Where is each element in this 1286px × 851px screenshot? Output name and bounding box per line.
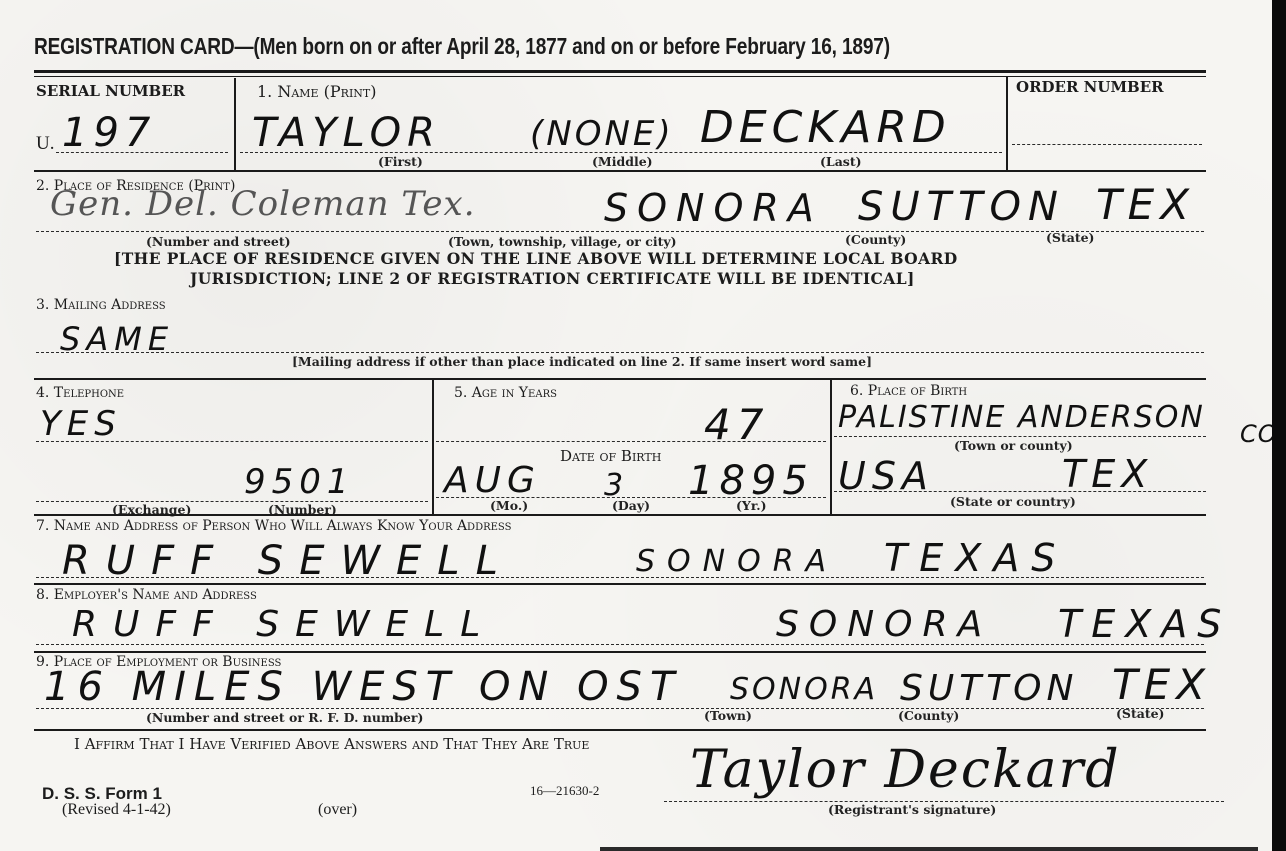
contact-label: 7. Name and Address of Person Who Will A… [36, 518, 511, 534]
birthplace-state-line [834, 491, 1206, 492]
age-label: 5. Age in Years [454, 385, 557, 401]
residence-street-caption: (Number and street) [146, 234, 291, 249]
residence-line [36, 231, 1204, 232]
last-caption: (Last) [820, 154, 862, 169]
row4-bottom-rule [34, 514, 1206, 516]
card-title: REGISTRATION CARD—(Men born on or after … [34, 33, 890, 60]
print-code: 16—21630-2 [530, 783, 599, 799]
middle-name-value[interactable]: (NONE) [530, 114, 674, 154]
employment-state-value[interactable]: TEX [1112, 660, 1211, 709]
serial-number-label: SERIAL NUMBER [36, 82, 185, 100]
first-caption: (First) [378, 154, 423, 169]
employment-town-caption: (Town) [704, 708, 752, 723]
contact-town-value[interactable]: SONORA [636, 544, 838, 579]
row8-bottom-rule [34, 651, 1206, 653]
day-caption: (Day) [612, 498, 650, 513]
order-number-label: ORDER NUMBER [1016, 78, 1164, 96]
residence-state-value[interactable]: TEX [1096, 180, 1195, 229]
signature-caption: (Registrant's signature) [828, 802, 996, 817]
employment-county-value[interactable]: SUTTON [900, 668, 1078, 709]
birth-month-value[interactable]: AUG [444, 460, 541, 501]
row9-bottom-rule [34, 729, 1206, 731]
residence-county-caption: (County) [845, 232, 906, 247]
row3-bottom-rule [34, 378, 1206, 380]
employer-label: 8. Employer's Name and Address [36, 587, 257, 603]
telephone-number-line [36, 501, 428, 502]
mailing-address-label: 3. Mailing Address [36, 297, 166, 313]
mailing-line [36, 352, 1204, 353]
employment-street-caption: (Number and street or R. F. D. number) [146, 710, 423, 725]
birthplace-label: 6. Place of Birth [850, 383, 967, 399]
name-label: 1. Name (Print) [257, 82, 377, 101]
row7-bottom-rule [34, 583, 1206, 585]
birthplace-town-caption: (Town or county) [954, 438, 1073, 453]
row1-bottom-rule [34, 170, 1206, 172]
scan-right-edge [1272, 0, 1286, 851]
year-caption: (Yr.) [736, 498, 767, 513]
residence-notice-line1: [THE PLACE OF RESIDENCE GIVEN ON THE LIN… [114, 249, 958, 268]
employment-county-caption: (County) [898, 708, 959, 723]
affirmation-text: I Affirm That I Have Verified Above Answ… [74, 735, 589, 753]
mailing-caption: [Mailing address if other than place ind… [292, 354, 872, 369]
age-line [436, 441, 826, 442]
age-divider [830, 380, 832, 516]
date-of-birth-label: Date of Birth [560, 447, 661, 465]
registrant-signature[interactable]: Taylor Deckard [690, 740, 1121, 800]
contact-state-value[interactable]: TEXAS [884, 536, 1067, 580]
contact-line [36, 577, 1204, 578]
employer-name-value[interactable]: RUFF SEWELL [72, 604, 496, 645]
first-name-value[interactable]: TAYLOR [252, 110, 441, 156]
birthplace-town-line [834, 436, 1206, 437]
telephone-label: 4. Telephone [36, 385, 124, 401]
form-revised: (Revised 4-1-42) [62, 801, 171, 819]
telephone-number-value[interactable]: 9501 [244, 462, 355, 502]
residence-town-value[interactable]: SONORA [604, 186, 823, 230]
over-note: (over) [318, 801, 357, 819]
last-name-value[interactable]: DECKARD [700, 102, 951, 153]
birthplace-town-value[interactable]: PALISTINE ANDERSON [838, 400, 1205, 435]
employment-town-value[interactable]: SONORA [730, 672, 878, 707]
birthplace-state-value[interactable]: TEX [1062, 452, 1153, 496]
residence-notice-line2: JURISDICTION; LINE 2 OF REGISTRATION CER… [190, 269, 915, 288]
top-rule-inner [34, 76, 1206, 77]
serial-number-value[interactable]: 197 [62, 110, 156, 156]
employment-street-value[interactable]: 16 MILES WEST ON OST [44, 664, 682, 710]
order-line [1012, 144, 1202, 145]
order-divider [1006, 76, 1008, 170]
residence-county-value[interactable]: SUTTON [858, 184, 1065, 230]
serial-divider [234, 78, 236, 170]
employment-state-caption: (State) [1116, 706, 1164, 721]
registration-card: REGISTRATION CARD—(Men born on or after … [0, 0, 1272, 851]
telephone-divider [432, 380, 434, 516]
birthplace-state-caption: (State or country) [950, 494, 1076, 509]
serial-line [56, 152, 228, 153]
employer-town-value[interactable]: SONORA [776, 604, 992, 645]
top-rule [34, 70, 1206, 73]
telephone-line [36, 441, 428, 442]
employer-line [36, 644, 1204, 645]
residence-town-caption: (Town, township, village, or city) [448, 234, 677, 249]
middle-caption: (Middle) [592, 154, 653, 169]
residence-street-value[interactable]: Gen. Del. Coleman Tex. [50, 184, 476, 224]
serial-prefix: U. [36, 133, 54, 155]
month-caption: (Mo.) [490, 498, 528, 513]
telephone-value[interactable]: YES [40, 404, 122, 444]
card-bottom-edge [600, 847, 1258, 851]
name-line [240, 152, 1002, 153]
employer-state-value[interactable]: TEXAS [1058, 602, 1231, 646]
employment-line [36, 708, 1204, 709]
residence-state-caption: (State) [1046, 230, 1094, 245]
